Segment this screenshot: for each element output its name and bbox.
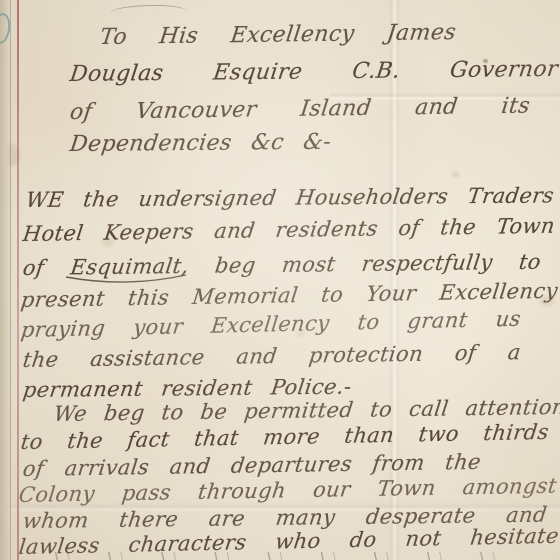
red-margin-rule: [17, 0, 19, 560]
paper-stain: [452, 172, 459, 177]
body-line-2: Hotel Keepers and residents of the Town: [21, 213, 556, 248]
pencil-stroke: [110, 4, 186, 13]
page-edge-shadow-line: [10, 0, 11, 560]
heading-line-4: Dependencies &c &-: [68, 129, 333, 159]
body-line-6: the assistance and protection of a: [21, 339, 522, 373]
heading-line-3: of Vancouver Island and its: [68, 93, 531, 127]
heading-line-1: To His Excellency James: [98, 19, 457, 52]
partial-bottom-line-strokes: [34, 552, 532, 560]
esquimalt-underline-flourish: [64, 274, 188, 286]
heading-line-2: Douglas Esquire C.B. Governor: [68, 56, 560, 89]
letter-scan-page: To His Excellency James Douglas Esquire …: [0, 0, 560, 560]
body-line-1: WE the undersigned Householders Traders: [24, 182, 555, 213]
